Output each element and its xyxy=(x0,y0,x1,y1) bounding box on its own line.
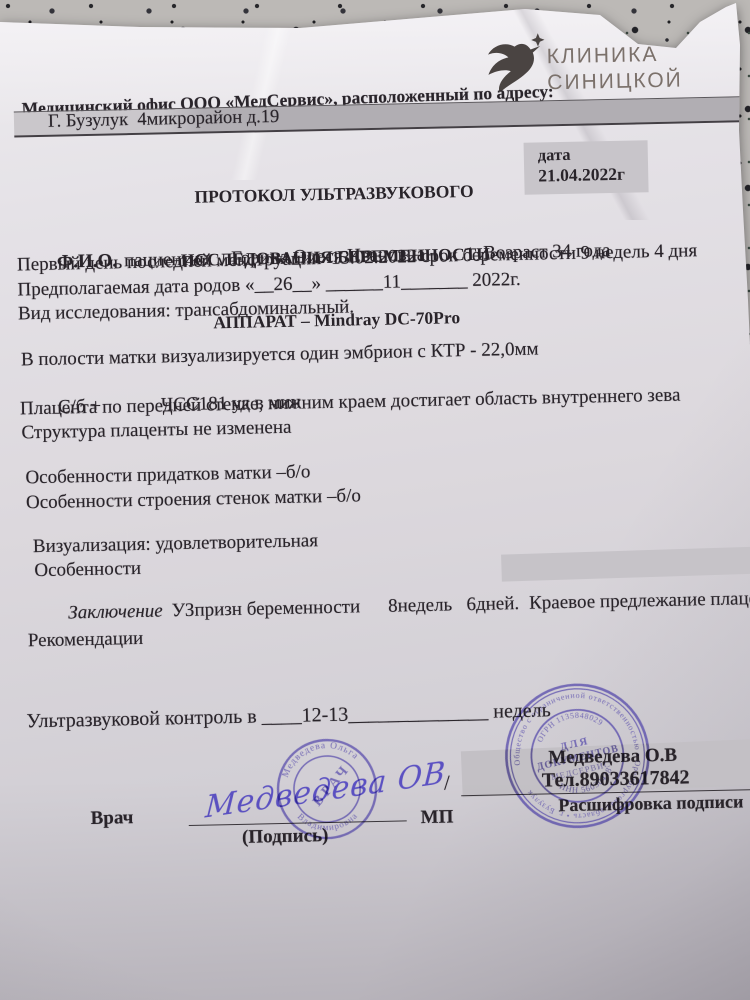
organization-round-stamp: Общество с ограниченной ответственностью… xyxy=(487,666,667,846)
conclusion-highlight: Краевое предлежание плаценты. xyxy=(529,587,750,614)
date-value: 21.04.2022г xyxy=(538,163,648,186)
svg-text:Владимировна: Владимировна xyxy=(294,797,361,840)
title-line1: ПРОТОКОЛ УЛЬТРАЗВУКОВОГО xyxy=(161,180,506,208)
doctor-stamp-center: ВРАЧ xyxy=(310,761,354,809)
conclusion-line: ЗаключениеУЗпризн беременности8недель 6д… xyxy=(30,563,750,648)
doctor-stamp-arc-bottom: Владимировна xyxy=(294,797,361,840)
sparkle-icon xyxy=(531,33,545,47)
photo-of-ultrasound-protocol: КЛИНИКА СИНИЦКОЙ Медицинский офис ООО «М… xyxy=(0,0,750,1000)
date-label: дата xyxy=(538,143,648,165)
document-content: КЛИНИКА СИНИЦКОЙ Медицинский офис ООО «М… xyxy=(0,0,750,1000)
conclusion-label: Заключение xyxy=(68,601,163,624)
conclusion-term: 8недель 6дней. xyxy=(388,593,519,617)
visualization-line: Визуализация: удовлетворительная xyxy=(33,529,319,558)
control-line: Ультразвуковой контроль в ____12-13_____… xyxy=(26,698,551,733)
clinic-logo-text: КЛИНИКА СИНИЦКОЙ xyxy=(546,41,683,96)
paper-sheet: КЛИНИКА СИНИЦКОЙ Медицинский офис ООО «М… xyxy=(0,0,750,1000)
doctor-label: Врач xyxy=(90,806,133,830)
date-box: дата 21.04.2022г xyxy=(524,140,649,195)
uterine-walls-line: Особенности строения стенок матки –б/о xyxy=(26,484,361,514)
mp-label: МП xyxy=(420,805,453,829)
placenta-structure-line: Структура плаценты не изменена xyxy=(21,416,291,445)
logo-line2: СИНИЦКОЙ xyxy=(547,68,683,94)
conclusion-text: УЗпризн беременности xyxy=(172,597,361,622)
paper-sheet-wrap: КЛИНИКА СИНИЦКОЙ Медицинский офис ООО «М… xyxy=(0,0,750,1000)
logo-line1: КЛИНИКА xyxy=(547,43,659,68)
adnexa-line: Особенности придатков матки –б/о xyxy=(25,460,310,489)
address-line: Г. Бузулук 4микрорайон д.19 xyxy=(48,106,280,133)
